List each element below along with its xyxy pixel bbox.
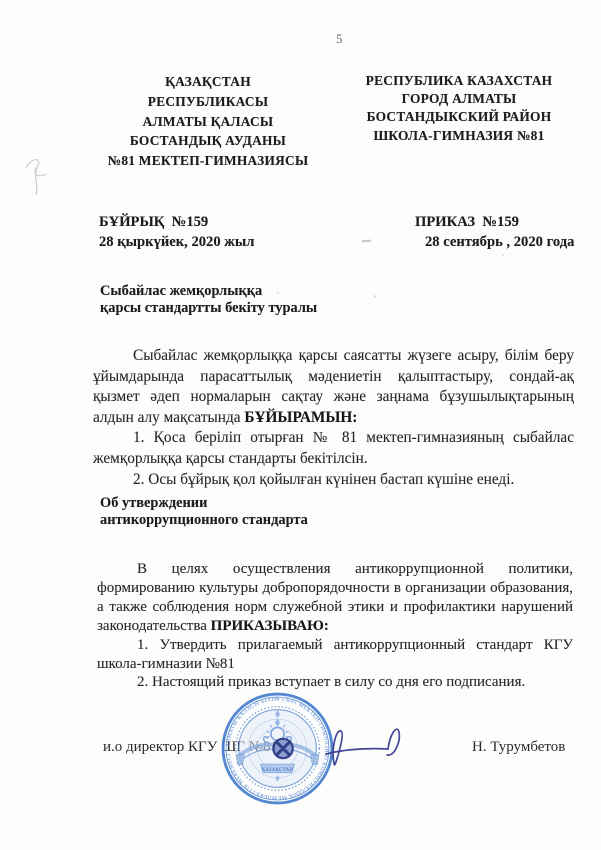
signature-stroke: [333, 731, 342, 765]
order-heading-ru: ПРИКАЗ №159 28 сентябрь , 2020 года: [415, 213, 574, 252]
letterhead-line: ШКОЛА-ГИМНАЗИЯ №81: [349, 127, 569, 145]
subject-line: қарсы стандартты бекіту туралы: [100, 300, 317, 317]
order-title-ru: ПРИКАЗ №159: [415, 213, 574, 233]
subject-line: Сыбайлас жемқорлыққа: [100, 283, 317, 300]
signatory-name: Н. Турумбетов: [472, 739, 565, 756]
subject-kk: Сыбайлас жемқорлыққа қарсы стандартты бе…: [100, 283, 317, 318]
subject-line: Об утверждении: [100, 495, 308, 512]
letterhead-line: БОСТАНДЫҚ АУДАНЫ: [88, 131, 328, 151]
pencil-squiggle: [26, 160, 46, 195]
order-item: 1. Қоса беріліп отырған № 81 мектеп-гимн…: [93, 428, 574, 469]
paragraph-text: В целях осуществления антикоррупционной …: [97, 561, 573, 634]
order-item: 2. Осы бұйрық қол қойылған күнінен баста…: [93, 470, 574, 491]
order-title-kk: БҰЙРЫҚ №159: [99, 213, 254, 233]
signature-stroke: [326, 749, 388, 754]
paragraph: Сыбайлас жемқорлыққа қарсы саясатты жүзе…: [93, 346, 574, 428]
letterhead-line: ҚАЗАҚСТАН: [88, 72, 328, 92]
letterhead-kazakh: ҚАЗАҚСТАН РЕСПУБЛИКАСЫ АЛМАТЫ ҚАЛАСЫ БОС…: [88, 72, 328, 171]
letterhead-russian: РЕСПУБЛИКА КАЗАХСТАН ГОРОД АЛМАТЫ БОСТАН…: [349, 72, 569, 145]
handwritten-signature: [318, 716, 414, 772]
body-kk: Сыбайлас жемқорлыққа қарсы саясатты жүзе…: [93, 346, 574, 490]
stamp-country-text: ҚАЗАҚСТАН: [262, 768, 294, 773]
order-verb: ПРИКАЗЫВАЮ:: [211, 618, 329, 634]
scan-artifact-dash: [362, 240, 371, 243]
scan-speck: [277, 292, 279, 294]
scan-speck: [385, 486, 388, 488]
order-item: 1. Утвердить прилагаемый антикоррупционн…: [97, 636, 573, 674]
order-verb: БҰЙЫРАМЫН:: [244, 409, 357, 426]
stamp-x-mark: [273, 739, 292, 758]
order-date-kk: 28 қыркүйек, 2020 жыл: [99, 233, 254, 253]
letterhead-line: №81 МЕКТЕП-ГИМНАЗИЯСЫ: [88, 151, 328, 171]
letterhead-line: АЛМАТЫ ҚАЛАСЫ: [88, 112, 328, 132]
scan-speck: [374, 295, 376, 298]
letterhead-line: РЕСПУБЛИКА КАЗАХСТАН: [349, 72, 569, 90]
document-page: 5 ҚАЗАҚСТАН РЕСПУБЛИКАСЫ АЛМАТЫ ҚАЛАСЫ Б…: [0, 0, 601, 850]
page-number: 5: [336, 31, 343, 47]
signature-stroke: [387, 729, 399, 755]
subject-ru: Об утверждении антикоррупционного станда…: [100, 495, 308, 530]
letterhead-line: ГОРОД АЛМАТЫ: [349, 90, 569, 108]
scan-speck: [502, 254, 504, 256]
paragraph: В целях осуществления антикоррупционной …: [97, 560, 573, 636]
letterhead-line: БОСТАНДЫКСКИЙ РАЙОН: [349, 108, 569, 126]
order-date-ru: 28 сентябрь , 2020 года: [415, 233, 574, 253]
letterhead-line: РЕСПУБЛИКАСЫ: [88, 92, 328, 112]
emblem-pedestal-left: [236, 755, 244, 765]
subject-line: антикоррупционного стандарта: [100, 512, 308, 529]
pencil-mark: [12, 148, 72, 204]
body-ru: В целях осуществления антикоррупционной …: [97, 560, 573, 692]
order-heading-kk: БҰЙРЫҚ №159 28 қыркүйек, 2020 жыл: [99, 213, 254, 252]
